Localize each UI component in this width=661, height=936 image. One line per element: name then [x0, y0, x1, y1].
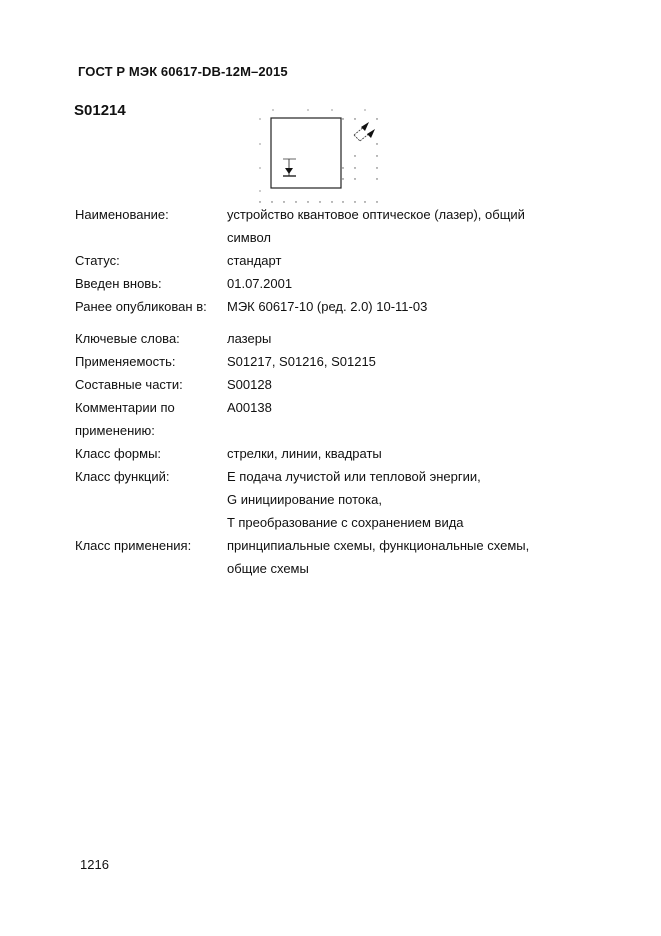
field-function-class: Класс функций:E подача лучистой или тепл… — [75, 465, 547, 534]
field-introduced: Введен вновь:01.07.2001 — [75, 272, 547, 295]
page-number: 1216 — [80, 857, 109, 872]
field-application-notes: Комментарии поприменению:A00138 — [75, 396, 547, 442]
field-keywords: Ключевые слова:лазеры — [75, 327, 547, 350]
symbol-code: S01214 — [74, 102, 126, 119]
field-shape-class: Класс формы:стрелки, линии, квадраты — [75, 442, 547, 465]
field-application-class: Класс применения:принципиальные схемы, ф… — [75, 534, 547, 580]
standard-title: ГОСТ Р МЭК 60617-DB-12M–2015 — [78, 64, 288, 79]
field-name: Наименование:устройство квантовое оптиче… — [75, 203, 547, 249]
field-applicability: Применяемость:S01217, S01216, S01215 — [75, 350, 547, 373]
field-previously-published: Ранее опубликован в:МЭК 60617-10 (ред. 2… — [75, 295, 547, 318]
laser-symbol-icon — [255, 108, 385, 204]
field-status: Статус:стандарт — [75, 249, 547, 272]
field-list: Наименование:устройство квантовое оптиче… — [75, 203, 547, 580]
field-components: Составные части:S00128 — [75, 373, 547, 396]
spacer — [75, 318, 547, 327]
